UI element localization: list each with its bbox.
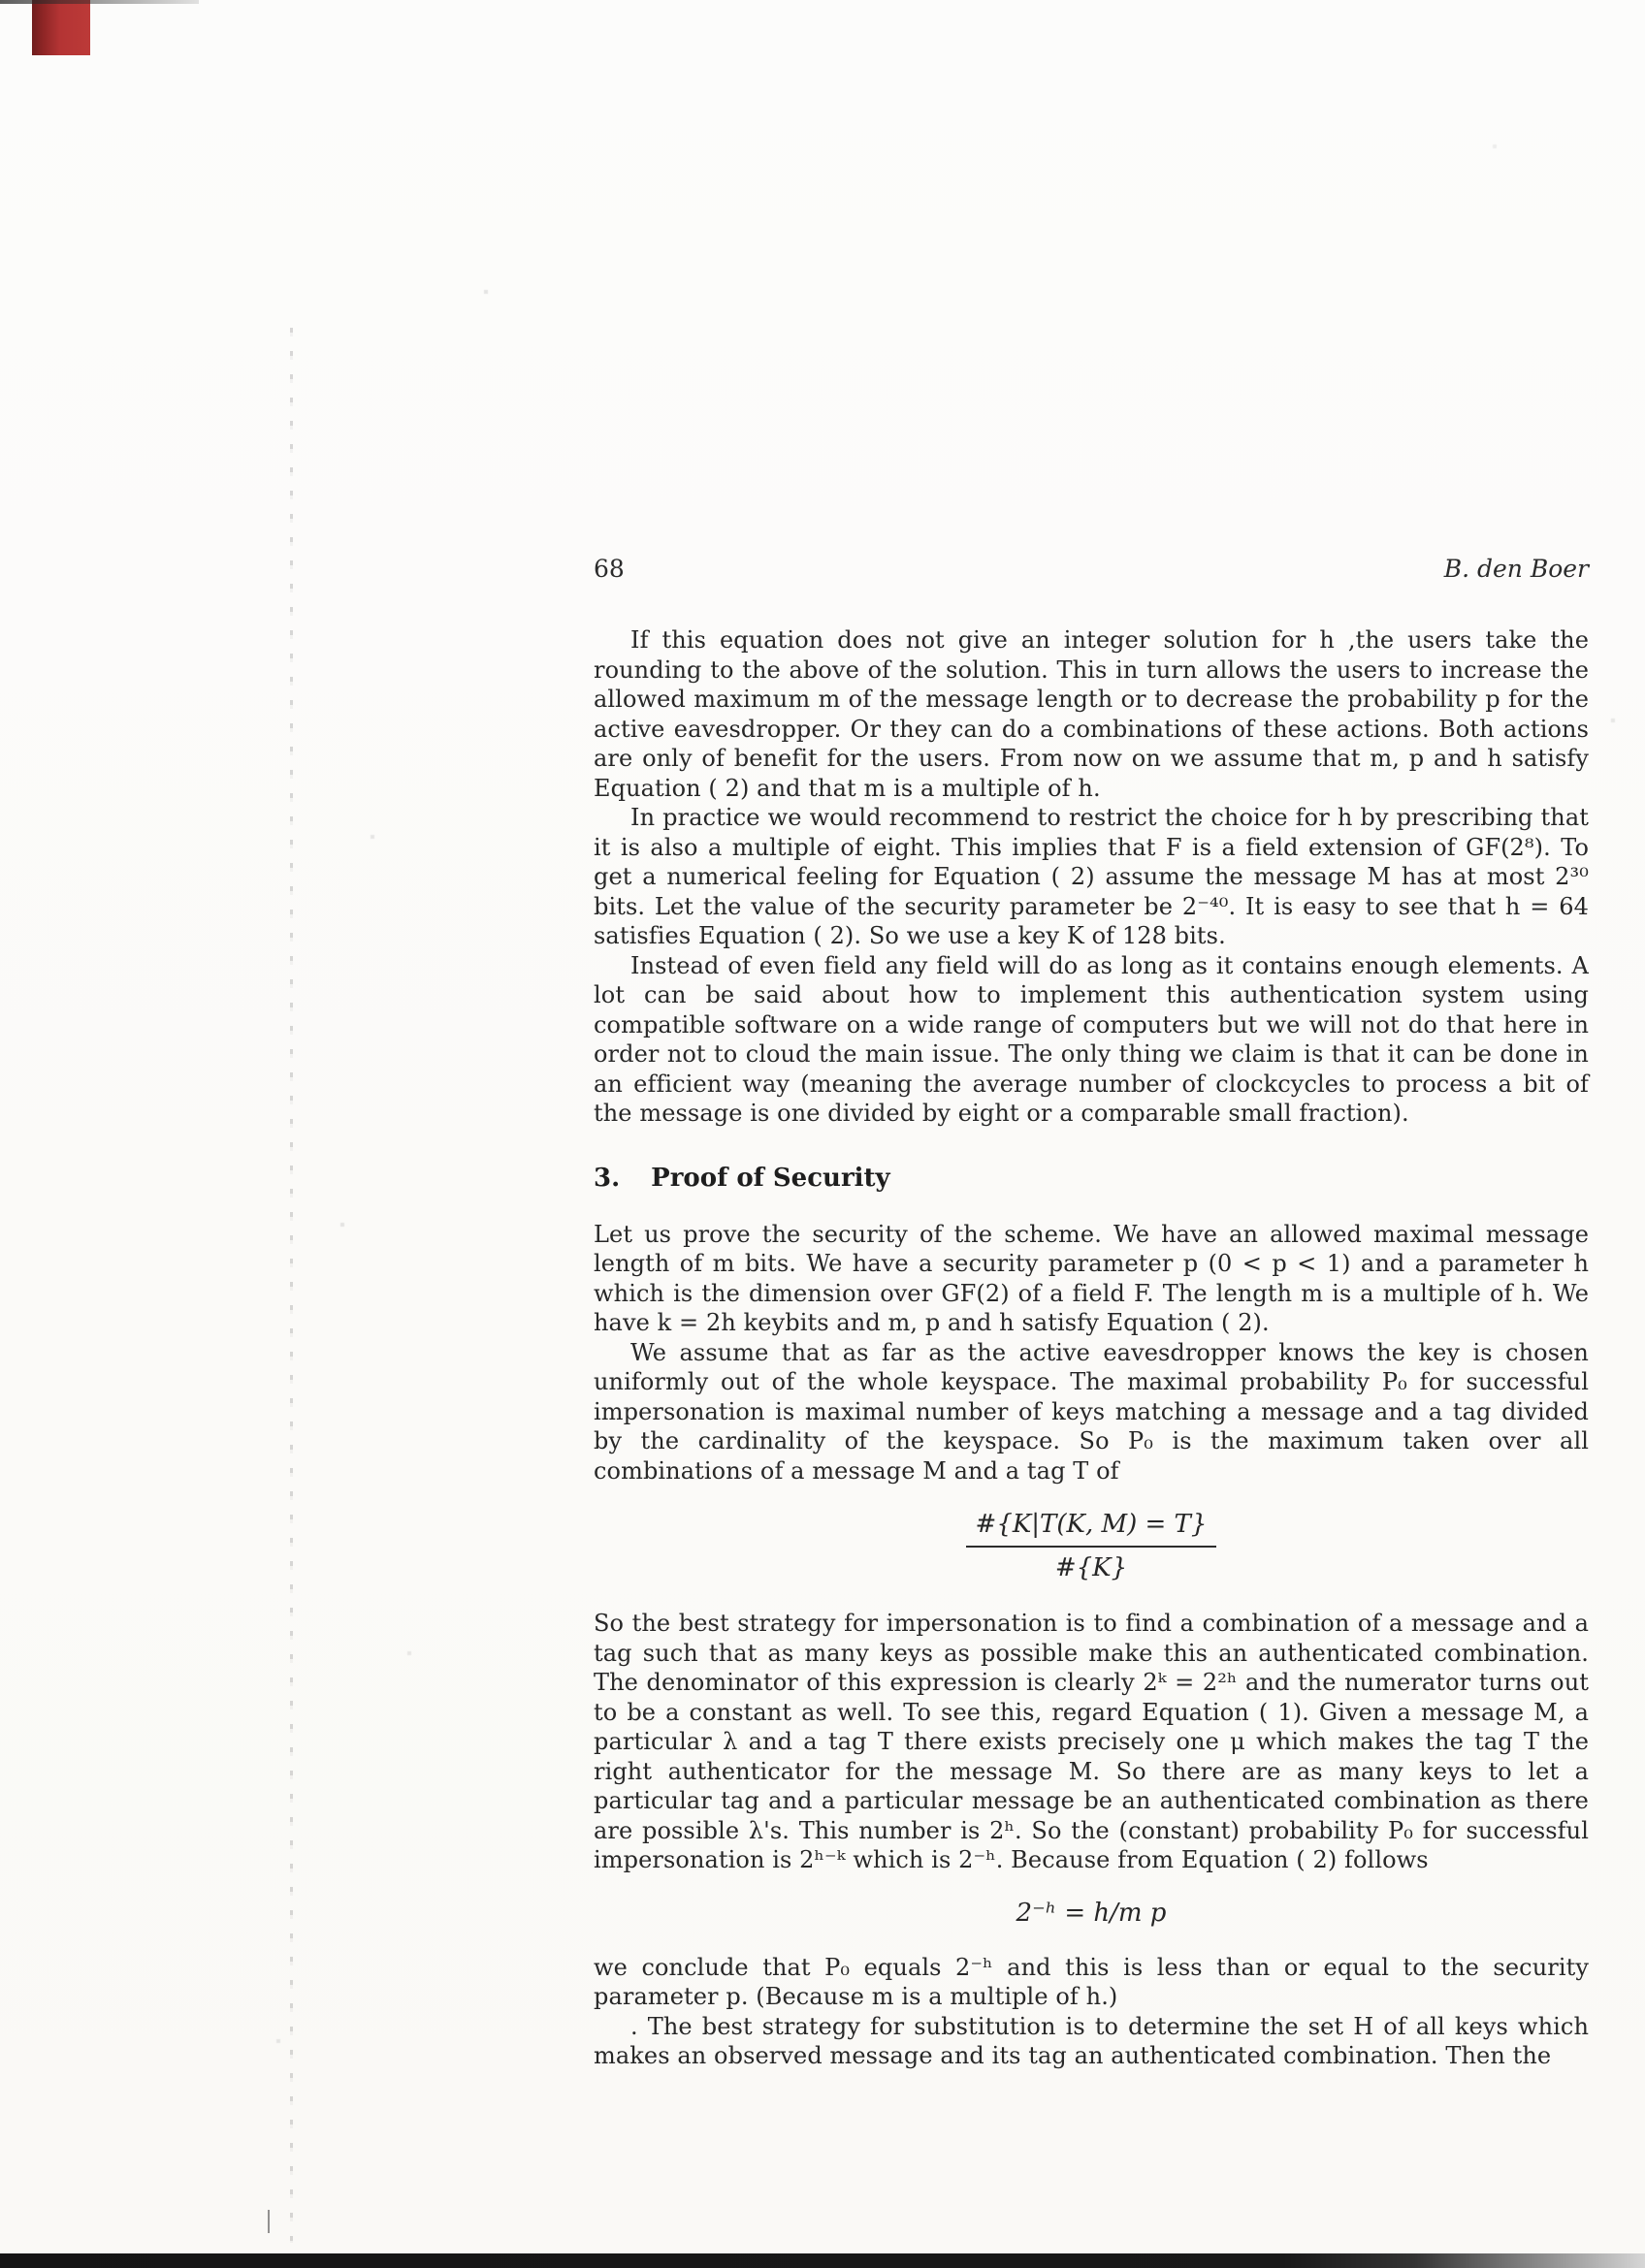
paragraph-practice-recommendation: In practice we would recommend to restri… bbox=[594, 803, 1589, 951]
page-content: 68 B. den Boer If this equation does not… bbox=[594, 555, 1589, 2071]
running-author: B. den Boer bbox=[1444, 555, 1589, 583]
section-title: Proof of Security bbox=[651, 1164, 890, 1193]
scanned-paper-page: 68 B. den Boer If this equation does not… bbox=[0, 0, 1645, 2268]
red-corner-mark bbox=[32, 0, 90, 55]
equation-text: 2⁻ʰ = h/m p bbox=[1016, 1899, 1167, 1928]
page-header: 68 B. den Boer bbox=[594, 555, 1589, 583]
fraction-denominator: #{K} bbox=[966, 1548, 1217, 1584]
scan-scratch-mark bbox=[268, 2210, 270, 2233]
fraction-numerator: #{K|T(K, M) = T} bbox=[966, 1509, 1217, 1548]
display-equation-relation: 2⁻ʰ = h/m p bbox=[594, 1899, 1589, 1928]
paragraph-proof-setup: Let us prove the security of the scheme.… bbox=[594, 1220, 1589, 1338]
scan-speckles bbox=[0, 0, 2, 2]
display-equation-key-fraction: #{K|T(K, M) = T} #{K} bbox=[594, 1509, 1589, 1583]
section-heading: 3.Proof of Security bbox=[594, 1164, 1589, 1193]
paragraph-field-implementation: Instead of even field any field will do … bbox=[594, 951, 1589, 1129]
binding-marks bbox=[290, 328, 293, 2243]
scan-edge-smudge bbox=[0, 0, 199, 4]
paragraph-impersonation-strategy: So the best strategy for impersonation i… bbox=[594, 1609, 1589, 1875]
paragraph-impersonation-probability: We assume that as far as the active eave… bbox=[594, 1338, 1589, 1486]
paragraph-equation-rounding: If this equation does not give an intege… bbox=[594, 625, 1589, 803]
fraction: #{K|T(K, M) = T} #{K} bbox=[966, 1509, 1217, 1583]
paragraph-conclusion: we conclude that P₀ equals 2⁻ʰ and this … bbox=[594, 1953, 1589, 2012]
paragraph-substitution-strategy: . The best strategy for substitution is … bbox=[594, 2012, 1589, 2071]
section-number: 3. bbox=[594, 1164, 620, 1193]
page-number: 68 bbox=[594, 555, 625, 583]
scan-bottom-bar bbox=[0, 2253, 1645, 2268]
